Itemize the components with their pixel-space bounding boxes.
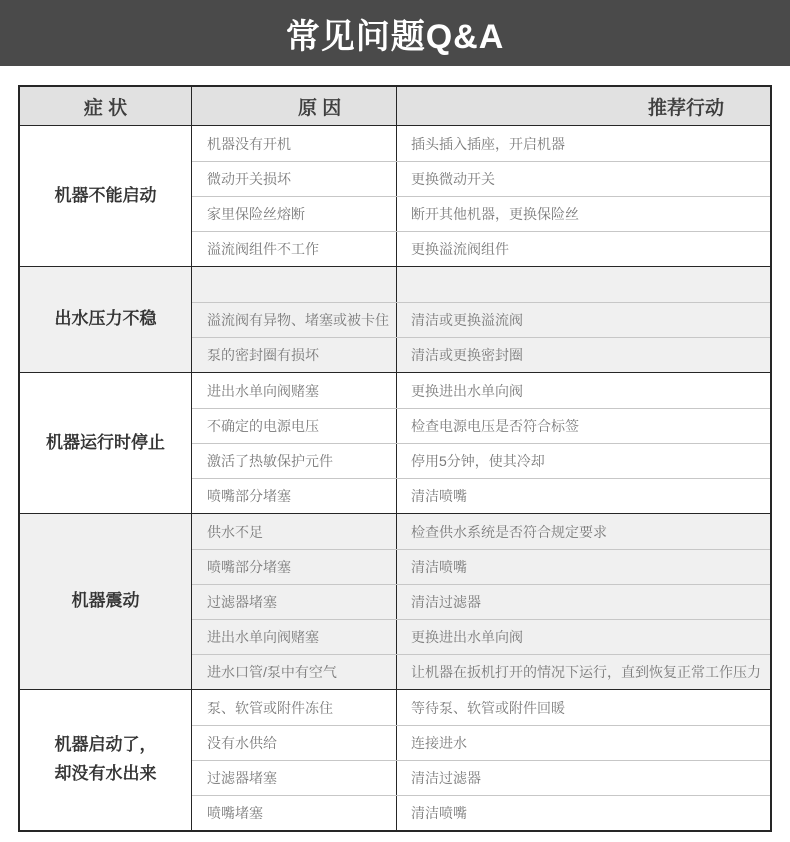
cause-cell: 溢流阀有异物、堵塞或被卡住 <box>192 303 397 337</box>
action-cell: 停用5分钟，使其冷却 <box>397 444 770 478</box>
symptom-label: 机器震动 <box>20 514 192 689</box>
cause-cell: 进出水单向阀赌塞 <box>192 620 397 654</box>
table-row: 机器没有开机 插头插入插座，开启机器 <box>192 126 770 161</box>
cause-cell <box>192 267 397 302</box>
header-symptom: 症 状 <box>20 87 192 125</box>
action-cell: 让机器在扳机打开的情况下运行，直到恢复正常工作压力 <box>397 655 770 689</box>
action-cell: 检查电源电压是否符合标签 <box>397 409 770 443</box>
section-rows: 溢流阀有异物、堵塞或被卡住 清洁或更换溢流阀 泵的密封圈有损坏 清洁或更换密封圈 <box>192 267 770 372</box>
action-cell: 断开其他机器，更换保险丝 <box>397 197 770 231</box>
section-stops-while-running: 机器运行时停止 进出水单向阀赌塞 更换进出水单向阀 不确定的电源电压 检查电源电… <box>20 372 770 513</box>
table-row: 喷嘴堵塞 清洁喷嘴 <box>192 795 770 830</box>
section-rows: 进出水单向阀赌塞 更换进出水单向阀 不确定的电源电压 检查电源电压是否符合标签 … <box>192 373 770 513</box>
table-row: 过滤器堵塞 清洁过滤器 <box>192 584 770 619</box>
action-cell: 连接进水 <box>397 726 770 760</box>
header-action: 推荐行动 <box>397 87 770 125</box>
table-row: 溢流阀有异物、堵塞或被卡住 清洁或更换溢流阀 <box>192 302 770 337</box>
cause-cell: 泵、软管或附件冻住 <box>192 690 397 725</box>
table-row: 喷嘴部分堵塞 清洁喷嘴 <box>192 549 770 584</box>
action-cell: 清洁或更换溢流阀 <box>397 303 770 337</box>
action-cell: 等待泵、软管或附件回暖 <box>397 690 770 725</box>
section-rows: 泵、软管或附件冻住 等待泵、软管或附件回暖 没有水供给 连接进水 过滤器堵塞 清… <box>192 690 770 830</box>
action-cell: 更换微动开关 <box>397 162 770 196</box>
table-row: 微动开关损坏 更换微动开关 <box>192 161 770 196</box>
section-unstable-pressure: 出水压力不稳 溢流阀有异物、堵塞或被卡住 清洁或更换溢流阀 泵的密封圈有损坏 清… <box>20 266 770 372</box>
action-cell: 清洁喷嘴 <box>397 479 770 513</box>
symptom-label: 机器不能启动 <box>20 126 192 266</box>
page-title: 常见问题Q&A <box>286 9 505 58</box>
action-cell: 清洁喷嘴 <box>397 796 770 830</box>
cause-cell: 进水口管/泵中有空气 <box>192 655 397 689</box>
table-row: 进水口管/泵中有空气 让机器在扳机打开的情况下运行，直到恢复正常工作压力 <box>192 654 770 689</box>
action-cell: 清洁过滤器 <box>397 761 770 795</box>
cause-cell: 激活了热敏保护元件 <box>192 444 397 478</box>
page-banner: 常见问题Q&A <box>0 0 790 66</box>
cause-cell: 溢流阀组件不工作 <box>192 232 397 266</box>
cause-cell: 不确定的电源电压 <box>192 409 397 443</box>
symptom-label: 出水压力不稳 <box>20 267 192 372</box>
table-row: 供水不足 检查供水系统是否符合规定要求 <box>192 514 770 549</box>
cause-cell: 过滤器堵塞 <box>192 585 397 619</box>
cause-cell: 进出水单向阀赌塞 <box>192 373 397 408</box>
action-cell: 更换进出水单向阀 <box>397 620 770 654</box>
section-machine-vibrates: 机器震动 供水不足 检查供水系统是否符合规定要求 喷嘴部分堵塞 清洁喷嘴 过滤器… <box>20 513 770 689</box>
section-no-water-output: 机器启动了， 却没有水出来 泵、软管或附件冻住 等待泵、软管或附件回暖 没有水供… <box>20 689 770 830</box>
table-row: 不确定的电源电压 检查电源电压是否符合标签 <box>192 408 770 443</box>
cause-cell: 供水不足 <box>192 514 397 549</box>
action-cell: 检查供水系统是否符合规定要求 <box>397 514 770 549</box>
action-cell: 插头插入插座，开启机器 <box>397 126 770 161</box>
cause-cell: 喷嘴堵塞 <box>192 796 397 830</box>
cause-cell: 家里保险丝熔断 <box>192 197 397 231</box>
section-rows: 供水不足 检查供水系统是否符合规定要求 喷嘴部分堵塞 清洁喷嘴 过滤器堵塞 清洁… <box>192 514 770 689</box>
cause-cell: 没有水供给 <box>192 726 397 760</box>
action-cell <box>397 267 770 302</box>
table-row: 家里保险丝熔断 断开其他机器，更换保险丝 <box>192 196 770 231</box>
table-row: 喷嘴部分堵塞 清洁喷嘴 <box>192 478 770 513</box>
table-row: 溢流阀组件不工作 更换溢流阀组件 <box>192 231 770 266</box>
action-cell: 清洁过滤器 <box>397 585 770 619</box>
table-row: 泵的密封圈有损坏 清洁或更换密封圈 <box>192 337 770 372</box>
cause-cell: 机器没有开机 <box>192 126 397 161</box>
table-row: 泵、软管或附件冻住 等待泵、软管或附件回暖 <box>192 690 770 725</box>
symptom-label: 机器运行时停止 <box>20 373 192 513</box>
action-cell: 清洁喷嘴 <box>397 550 770 584</box>
table-row: 激活了热敏保护元件 停用5分钟，使其冷却 <box>192 443 770 478</box>
action-cell: 清洁或更换密封圈 <box>397 338 770 372</box>
action-cell: 更换进出水单向阀 <box>397 373 770 408</box>
cause-cell: 微动开关损坏 <box>192 162 397 196</box>
table-row: 过滤器堵塞 清洁过滤器 <box>192 760 770 795</box>
action-cell: 更换溢流阀组件 <box>397 232 770 266</box>
table-row <box>192 267 770 302</box>
section-machine-wont-start: 机器不能启动 机器没有开机 插头插入插座，开启机器 微动开关损坏 更换微动开关 … <box>20 125 770 266</box>
qa-table: 症 状 原 因 推荐行动 机器不能启动 机器没有开机 插头插入插座，开启机器 微… <box>18 85 772 832</box>
cause-cell: 喷嘴部分堵塞 <box>192 550 397 584</box>
table-row: 没有水供给 连接进水 <box>192 725 770 760</box>
table-row: 进出水单向阀赌塞 更换进出水单向阀 <box>192 619 770 654</box>
table-header-row: 症 状 原 因 推荐行动 <box>20 87 770 125</box>
symptom-label: 机器启动了， 却没有水出来 <box>20 690 192 830</box>
cause-cell: 泵的密封圈有损坏 <box>192 338 397 372</box>
table-row: 进出水单向阀赌塞 更换进出水单向阀 <box>192 373 770 408</box>
cause-cell: 喷嘴部分堵塞 <box>192 479 397 513</box>
header-cause: 原 因 <box>192 87 397 125</box>
section-rows: 机器没有开机 插头插入插座，开启机器 微动开关损坏 更换微动开关 家里保险丝熔断… <box>192 126 770 266</box>
cause-cell: 过滤器堵塞 <box>192 761 397 795</box>
